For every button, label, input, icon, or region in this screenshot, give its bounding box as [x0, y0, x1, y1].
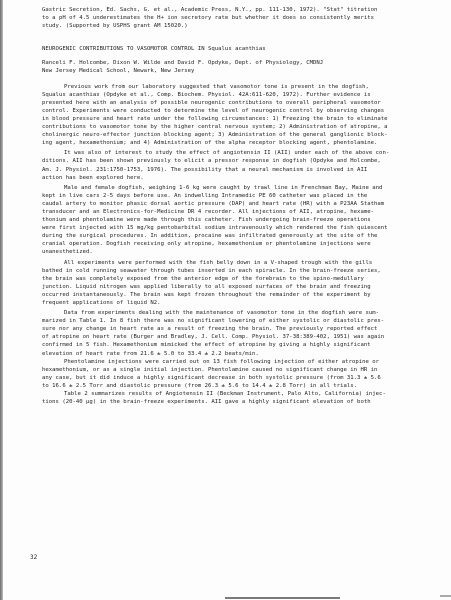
paragraph-4: All experiments were performed with the … [42, 259, 432, 308]
text-line: hexamethonium, or as a single initial in… [42, 366, 432, 374]
text-line: Male and female dogfish, weighing 1-6 kg… [42, 184, 432, 192]
text-line: caudal artery to monitor phasic dorsal a… [42, 200, 432, 208]
text-line: cholinergic neuro-effector junction bloc… [42, 131, 432, 139]
text-line: thonium and phentolamine were made throu… [42, 216, 432, 224]
paragraph-6: Phentolamine injections were carried out… [42, 358, 432, 390]
text-line: occurred instantaneously. The brain was … [42, 291, 432, 299]
text-line: junction. Liquid nitrogen was applied li… [42, 283, 432, 291]
scan-artifact [440, 595, 451, 597]
continuation-block: Gastric Secretion, Ed. Sachs, G. et al.,… [42, 6, 432, 30]
text-line: were first injected with 15 mg/kg pentob… [42, 224, 432, 232]
paragraph-2: It was also of interest to study the eff… [42, 149, 432, 181]
text-line: unanesthetized. [42, 248, 432, 256]
text-line: ing agent, hexamethonium; and 4) Adminis… [42, 139, 432, 147]
text-line: control. Experiments were conducted to d… [42, 107, 432, 115]
text-line: ditions. AII has been shown previously t… [42, 157, 432, 165]
text-line: of atropine on heart rate (Burger and Br… [42, 333, 432, 341]
text-line: contributions to vasomotor tone by the h… [42, 123, 432, 131]
paragraph-3: Male and female dogfish, weighing 1-6 kg… [42, 184, 432, 257]
text-line: to a pH of 4.5 underestimates the H+ ion… [42, 14, 432, 22]
text-line: kept in live cars 2-5 days before use. A… [42, 192, 432, 200]
text-line: presented here with an analysis of possi… [42, 99, 432, 107]
text-line: in blood pressure and heart rate under t… [42, 115, 432, 123]
paragraph-1: Previous work from our laboratory sugges… [42, 83, 432, 148]
affiliation-line: New Jersey Medical School, Newark, New J… [42, 67, 432, 75]
text-line: All experiments were performed with the … [42, 259, 432, 267]
text-line: Phentolamine injections were carried out… [42, 358, 432, 366]
page-number: 32 [30, 554, 37, 561]
text-line: to 16.6 ± 2.5 Torr and diastolic pressur… [42, 382, 432, 390]
text-line: sure nor any change in heart rate as a r… [42, 325, 432, 333]
text-line: Am. J. Physiol. 231:1750-1753, 1976). Th… [42, 166, 432, 174]
text-line: any case, but it did induce a highly sig… [42, 374, 432, 382]
paragraph-7: Table 2 summarizes results of Angiotensi… [42, 390, 432, 406]
text-line: study. (Supported by USPHS grant AM 1502… [42, 22, 432, 30]
text-line: elevation of heart rate from 21.6 ± 5.0 … [42, 350, 432, 358]
text-line: the brain was completely exposed from th… [42, 275, 432, 283]
text-line: frequent applications of liquid N2. [42, 299, 432, 307]
text-line: transducer and an Electronics-for-Medici… [42, 208, 432, 216]
text-line: confirmed in 5 fish. Hexamethonium mimic… [42, 341, 432, 349]
author-block: Ranceli F. Holcombe, Dixon W. Wilde and … [42, 59, 432, 75]
text-line: Data from experiments dealing with the m… [42, 309, 432, 317]
text-line: Previous work from our laboratory sugges… [42, 83, 432, 91]
text-line: Table 2 summarizes results of Angiotensi… [42, 390, 432, 398]
text-line: bathed in cold running seawater through … [42, 267, 432, 275]
scan-left-edge [0, 0, 3, 600]
text-line: Gastric Secretion, Ed. Sachs, G. et al.,… [42, 6, 432, 14]
text-line: marized in Table 1. In 8 fish there was … [42, 317, 432, 325]
author-line: Ranceli F. Holcombe, Dixon W. Wilde and … [42, 59, 432, 67]
text-line: tions (20-40 µg) in the brain-freeze exp… [42, 398, 432, 406]
abstract-title: NEUROGENIC CONTRIBUTIONS TO VASOMOTOR CO… [42, 45, 432, 53]
document-page: Gastric Secretion, Ed. Sachs, G. et al.,… [42, 6, 432, 406]
text-line: during the surgical procedures. In addit… [42, 232, 432, 240]
paragraph-5: Data from experiments dealing with the m… [42, 309, 432, 358]
text-line: Squalus acanthias (Opdyke et al., Comp. … [42, 91, 432, 99]
text-line: It was also of interest to study the eff… [42, 149, 432, 157]
text-line: action has been explored here. [42, 174, 432, 182]
text-line: cranial operation. Dogfish receiving onl… [42, 240, 432, 248]
scan-artifact [225, 597, 340, 599]
